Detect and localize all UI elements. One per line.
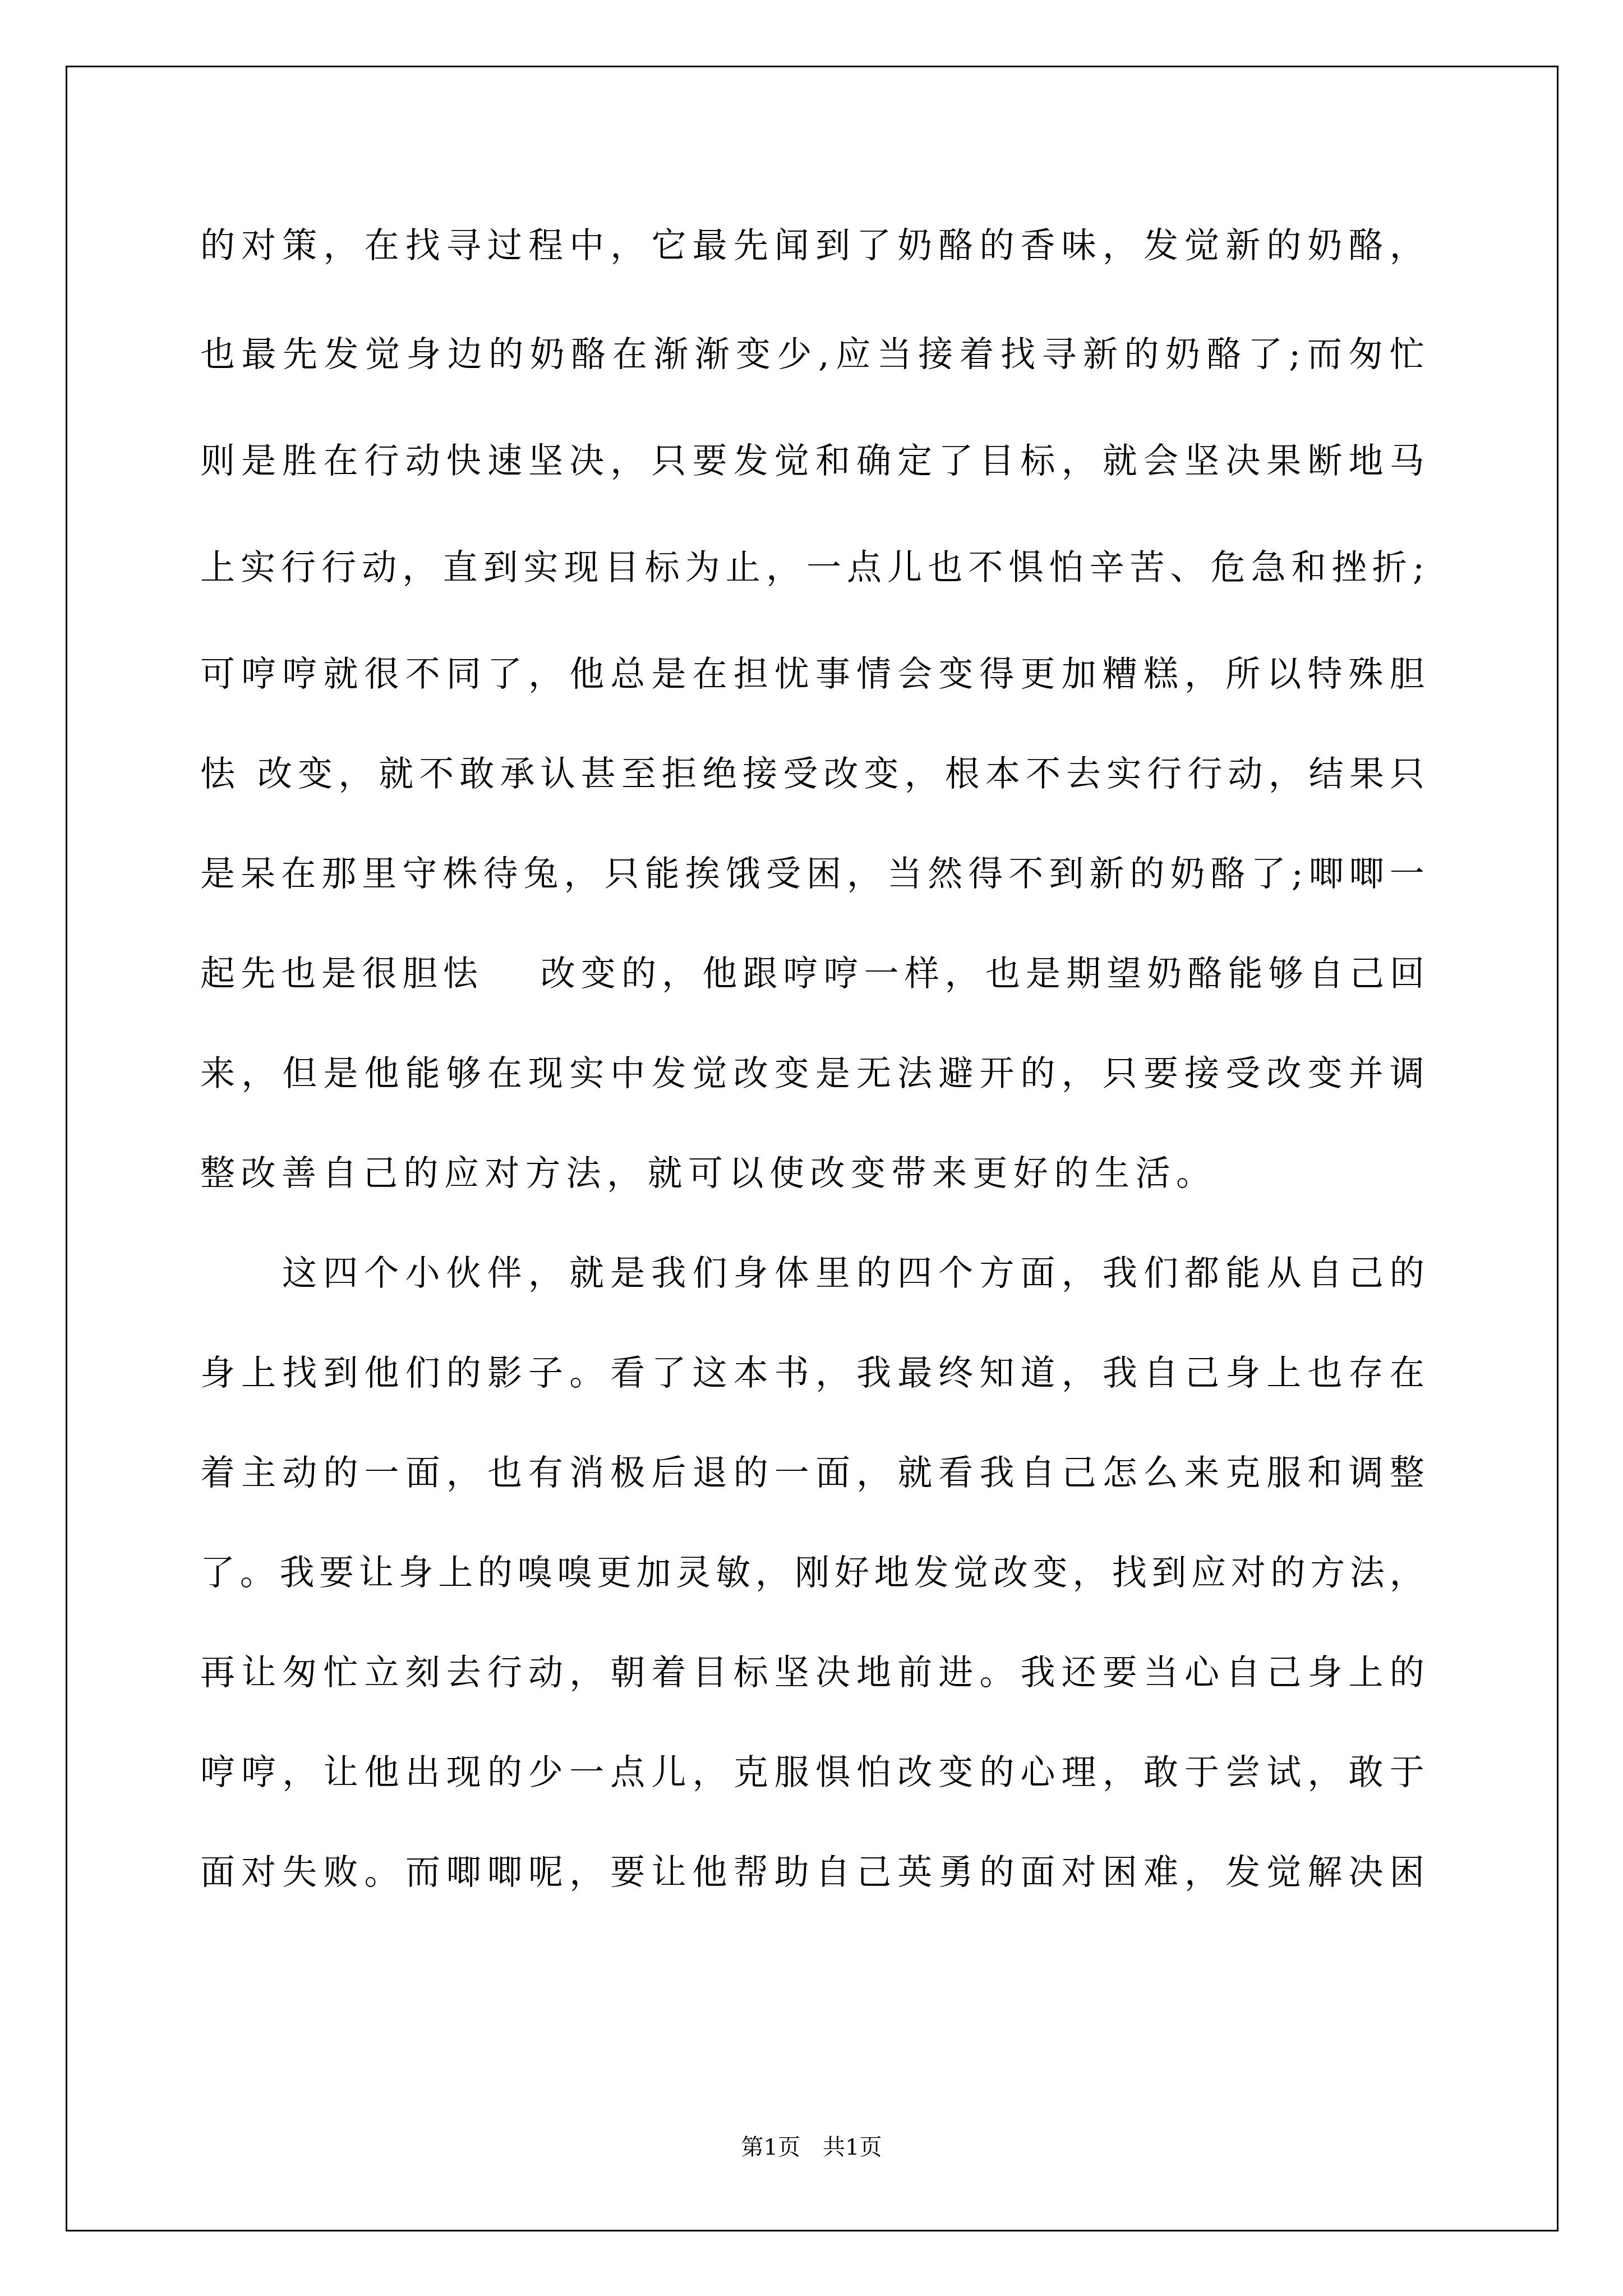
paragraph-2-line-4: 了。我要让身上的嗅嗅更加灵敏，刚好地发觉改变，找到应对的方法， [200, 1553, 1424, 1593]
paragraph-1-line-10: 整改善自己的应对方法，就可以使改变带来更好的生活。 [200, 1154, 1424, 1193]
paragraph-2-line-1: 这四个小伙伴，就是我们身体里的四个方面，我们都能从自己的 [282, 1254, 1424, 1293]
paragraph-2-line-7: 面对失败。而唧唧呢，要让他帮助自己英勇的面对困难，发觉解决困 [200, 1853, 1424, 1892]
paragraph-2-line-5: 再让匆忙立刻去行动，朝着目标坚决地前进。我还要当心自己身上的 [200, 1653, 1424, 1692]
paragraph-2-line-6: 哼哼，让他出现的少一点儿，克服惧怕改变的心理，敢于尝试，敢于 [200, 1753, 1424, 1792]
paragraph-1-line-5: 可哼哼就很不同了，他总是在担忧事情会变得更加糟糕，所以特殊胆 [200, 655, 1424, 694]
paragraph-1-line-3: 则是胜在行动快速坚决，只要发觉和确定了目标，就会坚决果断地马 [200, 441, 1424, 481]
paragraph-1-line-7: 是呆在那里守株待兔，只能挨饿受困，当然得不到新的奶酪了;唧唧一 [200, 854, 1424, 894]
page-number-footer: 第1页 共1页 [0, 2134, 1623, 2161]
page-border [66, 66, 1559, 2231]
paragraph-1-line-1: 的对策，在找寻过程中，它最先闻到了奶酪的香味，发觉新的奶酪， [200, 226, 1424, 265]
paragraph-1-line-8: 起先也是很胆怯 改变的，他跟哼哼一样，也是期望奶酪能够自己回 [200, 954, 1424, 993]
paragraph-1-line-4: 上实行行动，直到实现目标为止，一点儿也不惧怕辛苦、危急和挫折; [200, 548, 1424, 587]
paragraph-2-line-3: 着主动的一面，也有消极后退的一面，就看我自己怎么来克服和调整 [200, 1453, 1424, 1493]
paragraph-1-line-6: 怯 改变，就不敢承认甚至拒绝接受改变，根本不去实行行动，结果只 [200, 754, 1424, 794]
paragraph-1-line-2: 也最先发觉身边的奶酪在渐渐变少,应当接着找寻新的奶酪了;而匆忙 [200, 335, 1424, 374]
paragraph-1-line-9: 来，但是他能够在现实中发觉改变是无法避开的，只要接受改变并调 [200, 1054, 1424, 1093]
paragraph-2-line-2: 身上找到他们的影子。看了这本书，我最终知道，我自己身上也存在 [200, 1354, 1424, 1393]
